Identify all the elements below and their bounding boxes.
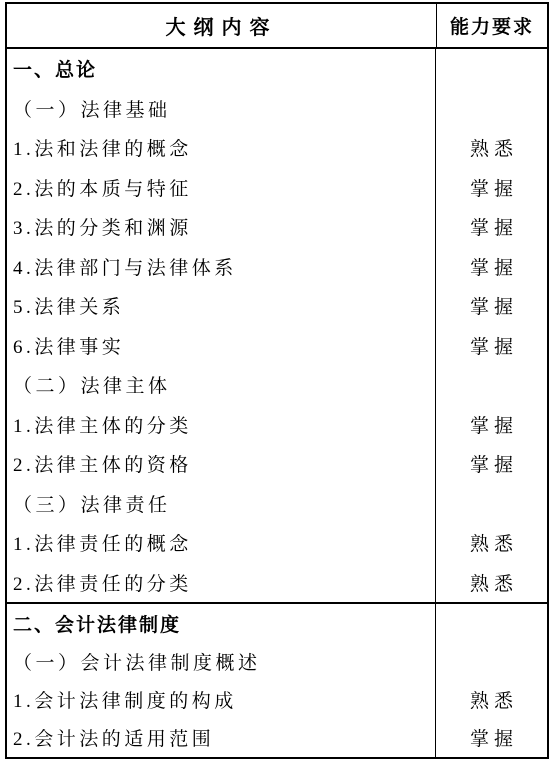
outline-column-header: 大纲内容 (7, 4, 437, 47)
subsection-row: （一）法律基础 (7, 89, 547, 129)
requirement-cell (436, 49, 547, 89)
section-accounting-law: 二、会计法律制度 （一）会计法律制度概述 1.会计法律制度的构成 熟悉 2.会计… (7, 604, 547, 757)
requirement-cell (436, 604, 547, 642)
requirement-cell: 掌握 (436, 286, 547, 326)
outline-cell: （一）会计法律制度概述 (7, 642, 436, 680)
requirement-cell: 熟悉 (436, 681, 547, 719)
outline-cell: （三）法律责任 (7, 484, 436, 524)
outline-cell: 二、会计法律制度 (7, 604, 436, 642)
outline-cell: 2.会计法的适用范围 (7, 719, 436, 757)
requirement-cell: 熟悉 (436, 563, 547, 603)
table-row: 4.法律部门与法律体系 掌握 (7, 247, 547, 287)
requirement-cell (436, 89, 547, 129)
table-row: 6.法律事实 掌握 (7, 326, 547, 366)
requirement-cell: 熟悉 (436, 523, 547, 563)
outline-cell: 6.法律事实 (7, 326, 436, 366)
table-row: 2.法律责任的分类 熟悉 (7, 563, 547, 603)
outline-cell: 1.法律主体的分类 (7, 405, 436, 445)
table-row: 5.法律关系 掌握 (7, 286, 547, 326)
section-title-row: 一、总论 (7, 49, 547, 89)
outline-cell: 2.法律责任的分类 (7, 563, 436, 603)
table-header: 大纲内容 能力要求 (7, 4, 547, 49)
table-row: 2.法的本质与特征 掌握 (7, 168, 547, 208)
table-row: 2.会计法的适用范围 掌握 (7, 719, 547, 757)
requirement-cell: 掌握 (436, 207, 547, 247)
requirement-cell (436, 484, 547, 524)
outline-cell: 4.法律部门与法律体系 (7, 247, 436, 287)
outline-cell: 一、总论 (7, 49, 436, 89)
subsection-row: （一）会计法律制度概述 (7, 642, 547, 680)
requirement-cell (436, 642, 547, 680)
outline-cell: （二）法律主体 (7, 365, 436, 405)
requirement-cell (436, 365, 547, 405)
requirement-cell: 掌握 (436, 405, 547, 445)
outline-cell: 3.法的分类和渊源 (7, 207, 436, 247)
outline-cell: （一）法律基础 (7, 89, 436, 129)
section-general: 一、总论 （一）法律基础 1.法和法律的概念 熟悉 2.法的本质与特征 掌握 3… (7, 49, 547, 604)
table-row: 1.法律主体的分类 掌握 (7, 405, 547, 445)
subsection-row: （三）法律责任 (7, 484, 547, 524)
requirement-cell: 熟悉 (436, 128, 547, 168)
table-row: 1.法和法律的概念 熟悉 (7, 128, 547, 168)
outline-cell: 2.法律主体的资格 (7, 444, 436, 484)
requirement-cell: 掌握 (436, 444, 547, 484)
outline-cell: 2.法的本质与特征 (7, 168, 436, 208)
outline-cell: 1.法和法律的概念 (7, 128, 436, 168)
requirement-cell: 掌握 (436, 247, 547, 287)
section-title-row: 二、会计法律制度 (7, 604, 547, 642)
requirement-cell: 掌握 (436, 168, 547, 208)
table-row: 2.法律主体的资格 掌握 (7, 444, 547, 484)
outline-cell: 1.法律责任的概念 (7, 523, 436, 563)
outline-cell: 5.法律关系 (7, 286, 436, 326)
table-row: 1.法律责任的概念 熟悉 (7, 523, 547, 563)
table-row: 1.会计法律制度的构成 熟悉 (7, 681, 547, 719)
outline-cell: 1.会计法律制度的构成 (7, 681, 436, 719)
requirement-column-header: 能力要求 (437, 4, 547, 47)
table-row: 3.法的分类和渊源 掌握 (7, 207, 547, 247)
subsection-row: （二）法律主体 (7, 365, 547, 405)
requirement-cell: 掌握 (436, 326, 547, 366)
syllabus-table: 大纲内容 能力要求 一、总论 （一）法律基础 1.法和法律的概念 熟悉 2.法的… (5, 2, 549, 759)
requirement-cell: 掌握 (436, 719, 547, 757)
